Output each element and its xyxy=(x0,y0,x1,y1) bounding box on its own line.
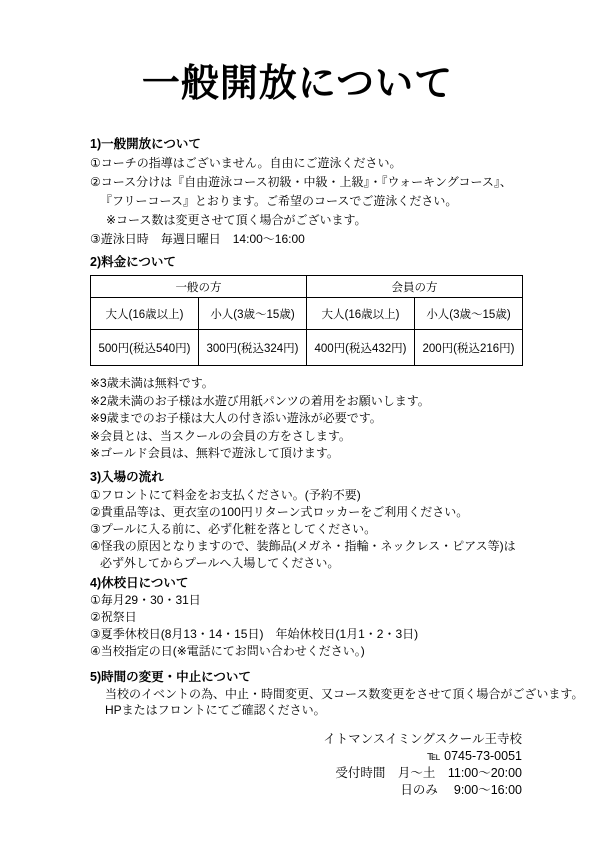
section-general-opening-line: ①コーチの指導はございません。自由にご遊泳ください。 xyxy=(90,154,523,173)
footer-hours-weekday: 受付時間 月〜土 11:00〜20:00 xyxy=(0,765,522,782)
price-table-header-row: 大人(16歳以上) 小人(3歳〜15歳) 大人(16歳以上) 小人(3歳〜15歳… xyxy=(91,298,523,330)
document-body: 1)一般開放について ①コーチの指導はございません。自由にご遊泳ください。 ②コ… xyxy=(90,135,523,718)
price-table-group-row: 一般の方 会員の方 xyxy=(91,276,523,298)
price-table-price-row: 500円(税込540円) 300円(税込324円) 400円(税込432円) 2… xyxy=(91,330,523,366)
section-entry-flow: 3)入場の流れ ①フロントにて料金をお支払ください。(予約不要) ②貴重品等は、… xyxy=(90,467,523,572)
price-table-column-header: 大人(16歳以上) xyxy=(307,298,415,330)
section-closed-days: 4)休校日について ①毎月29・30・31日 ②祝祭日 ③夏季休校日(8月13・… xyxy=(90,574,523,660)
footer-school-name: イトマンスイミングスクール王寺校 xyxy=(0,731,522,748)
price-table-price-cell: 500円(税込540円) xyxy=(91,330,199,366)
price-table-group-header: 一般の方 xyxy=(91,276,307,298)
section-closed-days-line: ④当校指定の日(※電話にてお問い合わせください。) xyxy=(90,643,523,660)
footer-contact: イトマンスイミングスクール王寺校 ℡ 0745-73-0051 受付時間 月〜土… xyxy=(0,731,522,799)
section-entry-flow-line: ③プールに入る前に、必ず化粧を落としてください。 xyxy=(90,521,523,538)
page-title: 一般開放について xyxy=(0,60,595,108)
section-general-opening-line: ③遊泳日時 毎週日曜日 14:00〜16:00 xyxy=(90,230,523,249)
price-note: ※ゴールド会員は、無料で遊泳して頂けます。 xyxy=(90,445,523,463)
section-closed-days-heading: 4)休校日について xyxy=(90,574,523,592)
price-note: ※9歳までのお子様は大人の付き添い遊泳が必要です。 xyxy=(90,410,523,428)
section-fees: 2)料金について 一般の方 会員の方 大人(16歳以上) 小人(3歳〜15歳) … xyxy=(90,253,523,463)
price-table-column-header: 小人(3歳〜15歳) xyxy=(199,298,307,330)
footer-hours-sunday: 日のみ 9:00〜16:00 xyxy=(0,782,522,799)
document-page: 一般開放について 1)一般開放について ①コーチの指導はございません。自由にご遊… xyxy=(0,0,595,842)
price-table-price-cell: 400円(税込432円) xyxy=(307,330,415,366)
section-schedule-changes-line: 当校のイベントの為、中止・時間変更、又コース数変更をさせて頂く場合がございます。 xyxy=(90,686,523,702)
section-fees-heading: 2)料金について xyxy=(90,253,523,272)
price-table-price-cell: 300円(税込324円) xyxy=(199,330,307,366)
price-notes: ※3歳未満は無料です。 ※2歳未満のお子様は水遊び用紙パンツの着用をお願いします… xyxy=(90,375,523,463)
price-note: ※3歳未満は無料です。 xyxy=(90,375,523,393)
section-schedule-changes-line: HPまたはフロントにてご確認ください。 xyxy=(90,702,523,718)
section-closed-days-line: ①毎月29・30・31日 xyxy=(90,592,523,609)
section-general-opening-line: 『フリーコース』とおります。ご希望のコースでご遊泳ください。 xyxy=(90,192,523,211)
section-schedule-changes: 5)時間の変更・中止について 当校のイベントの為、中止・時間変更、又コース数変更… xyxy=(90,668,523,718)
section-entry-flow-line: ②貴重品等は、更衣室の100円リターン式ロッカーをご利用ください。 xyxy=(90,504,523,521)
section-schedule-changes-heading: 5)時間の変更・中止について xyxy=(90,668,523,686)
section-entry-flow-heading: 3)入場の流れ xyxy=(90,467,523,487)
price-table-price-cell: 200円(税込216円) xyxy=(415,330,523,366)
section-general-opening: 1)一般開放について ①コーチの指導はございません。自由にご遊泳ください。 ②コ… xyxy=(90,135,523,249)
footer-phone: ℡ 0745-73-0051 xyxy=(0,748,522,765)
section-entry-flow-line: ④怪我の原因となりますので、装飾品(メガネ・指輪・ネックレス・ピアス等)は xyxy=(90,538,523,555)
section-entry-flow-line: ①フロントにて料金をお支払ください。(予約不要) xyxy=(90,487,523,504)
price-note: ※2歳未満のお子様は水遊び用紙パンツの着用をお願いします。 xyxy=(90,393,523,411)
section-general-opening-line: ②コース分けは『自由遊泳コース初級・中級・上級』・『ウォーキングコース』、 xyxy=(90,173,523,192)
section-closed-days-line: ②祝祭日 xyxy=(90,609,523,626)
section-closed-days-line: ③夏季休校日(8月13・14・15日) 年始休校日(1月1・2・3日) xyxy=(90,626,523,643)
price-table-column-header: 大人(16歳以上) xyxy=(91,298,199,330)
price-note: ※会員とは、当スクールの会員の方をさします。 xyxy=(90,428,523,446)
price-table-column-header: 小人(3歳〜15歳) xyxy=(415,298,523,330)
section-general-opening-heading: 1)一般開放について xyxy=(90,135,523,154)
section-entry-flow-line: 必ず外してからプールへ入場してください。 xyxy=(90,555,523,572)
price-table-group-header: 会員の方 xyxy=(307,276,523,298)
price-table: 一般の方 会員の方 大人(16歳以上) 小人(3歳〜15歳) 大人(16歳以上)… xyxy=(90,275,523,366)
section-general-opening-line: ※コース数は変更させて頂く場合がございます。 xyxy=(90,211,523,230)
